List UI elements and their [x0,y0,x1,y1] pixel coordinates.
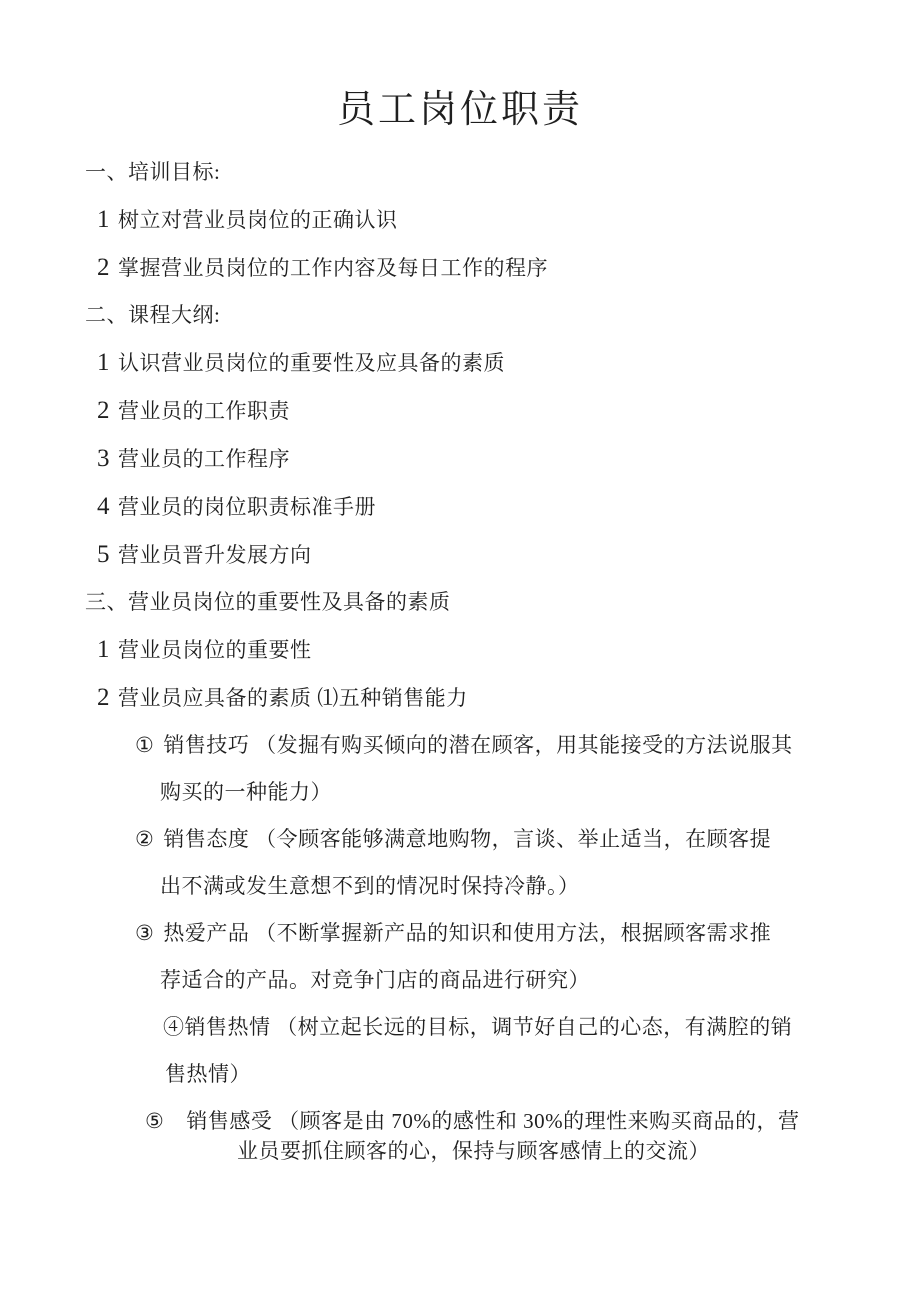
sub-item-text: 销售热情 （树立起长远的目标，调节好自己的心态，有满腔的销 [185,1015,793,1039]
document-page: 员工岗位职责 一、培训目标: 1树立对营业员岗位的正确认识 2掌握营业员岗位的工… [0,0,920,1303]
list-item: 2营业员应具备的素质 ⑴五种销售能力 [0,685,920,711]
circled-number-marker: ⑤ [145,1109,164,1133]
sub-item: ①销售技巧 （发掘有购买倾向的潜在顾客，用其能接受的方法说服其 [0,733,920,758]
continuation-line: 售热情） [0,1062,920,1087]
item-number: 2 [97,255,110,280]
list-item: 2掌握营业员岗位的工作内容及每日工作的程序 [0,255,920,281]
list-item: 1营业员岗位的重要性 [0,637,920,663]
list-item: 3营业员的工作程序 [0,446,920,472]
item-number: 2 [97,398,110,423]
list-item: 1树立对营业员岗位的正确认识 [0,207,920,233]
continuation-line: 荐适合的产品。对竞争门店的商品进行研究） [0,968,920,993]
sub-item-text: 热爱产品 （不断掌握新产品的知识和使用方法，根据顾客需求推 [163,921,771,945]
continuation-line: 业员要抓住顾客的心，保持与顾客感情上的交流） [0,1139,920,1164]
circled-number-marker: ② [135,827,154,851]
item-text: 树立对营业员岗位的正确认识 [118,208,398,232]
list-item: 5营业员晋升发展方向 [0,542,920,568]
item-text: 营业员的岗位职责标准手册 [118,495,376,519]
section-heading-1: 一、培训目标: [0,160,920,185]
list-item: 4营业员的岗位职责标准手册 [0,494,920,520]
sub-item: ③热爱产品 （不断掌握新产品的知识和使用方法，根据顾客需求推 [0,921,920,946]
section-heading-3: 三、营业员岗位的重要性及具备的素质 [0,590,920,615]
item-text: 营业员晋升发展方向 [118,543,312,567]
section-heading-2: 二、课程大纲: [0,303,920,328]
sub-item: ④销售热情 （树立起长远的目标，调节好自己的心态，有满腔的销 [0,1015,920,1040]
item-number: 1 [97,637,110,662]
continuation-line: 购买的一种能力） [0,780,920,805]
item-text: 认识营业员岗位的重要性及应具备的素质 [118,351,505,375]
item-number: 4 [97,494,110,519]
sub-item: ②销售态度 （令顾客能够满意地购物，言谈、举止适当，在顾客提 [0,827,920,852]
item-number: 5 [97,542,110,567]
item-text: 掌握营业员岗位的工作内容及每日工作的程序 [118,256,548,280]
item-text: 营业员岗位的重要性 [118,638,312,662]
circled-number-marker: ① [135,733,154,757]
list-item: 1认识营业员岗位的重要性及应具备的素质 [0,350,920,376]
list-item: 2营业员的工作职责 [0,398,920,424]
sub-item: ⑤销售感受 （顾客是由 70%的感性和 30%的理性来购买商品的，营 [0,1109,920,1134]
item-number: 1 [97,350,110,375]
continuation-line: 出不满或发生意想不到的情况时保持冷静。） [0,874,920,899]
item-number: 3 [97,446,110,471]
circled-number-marker: ③ [135,921,154,945]
sub-item-text: 销售感受 （顾客是由 70%的感性和 30%的理性来购买商品的，营 [186,1109,799,1133]
item-number: 2 [97,685,110,710]
document-title: 员工岗位职责 [0,0,920,132]
sub-item-text: 销售态度 （令顾客能够满意地购物，言谈、举止适当，在顾客提 [163,827,771,851]
sub-item-text: 销售技巧 （发掘有购买倾向的潜在顾客，用其能接受的方法说服其 [163,733,792,757]
item-text: 营业员的工作职责 [118,399,290,423]
item-number: 1 [97,207,110,232]
circled-number-marker: ④ [163,1015,185,1039]
item-text: 营业员的工作程序 [118,447,290,471]
item-text: 营业员应具备的素质 ⑴五种销售能力 [118,686,468,710]
